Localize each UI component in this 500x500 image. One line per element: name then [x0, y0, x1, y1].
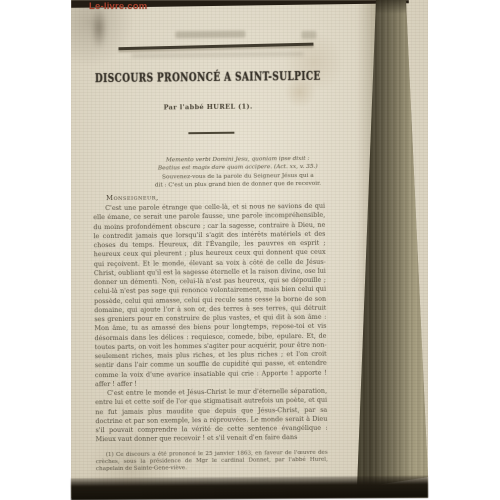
ornament-rule — [188, 132, 234, 134]
page-smudge — [91, 6, 107, 50]
watermark-logo: Le-livre.com — [89, 1, 147, 12]
body-text: C'est une parole étrange que celle-là, e… — [93, 202, 328, 474]
separator-rule — [118, 43, 313, 50]
salutation: Monseigneur, — [106, 194, 159, 203]
ghost-page-number — [301, 31, 316, 39]
ghost-running-header — [175, 31, 245, 39]
product-photo: DISCOURS PRONONCÉ A SAINT-SULPICE Par l'… — [0, 0, 500, 500]
epigraph-latin-line2: Beatius est magis dare quam accipere. (A… — [149, 163, 327, 173]
book-photo: DISCOURS PRONONCÉ A SAINT-SULPICE Par l'… — [71, 0, 428, 498]
epigraph-french-line2: dit : C'est un plus grand bien de donner… — [149, 181, 327, 191]
paragraph-1: C'est une parole étrange que celle-là, e… — [93, 202, 327, 389]
photo-bottom-shadow — [71, 476, 428, 500]
book-page: DISCOURS PRONONCÉ A SAINT-SULPICE Par l'… — [71, 0, 428, 498]
footnote: (1) Ce discours a été prononcé le 25 jan… — [96, 449, 328, 474]
byline: Par l'abbé HUREL (1). — [92, 102, 324, 112]
separator-rule-ghost — [132, 52, 304, 58]
paragraph-2: C'est entre le monde et Jésus-Christ le … — [95, 387, 328, 445]
page-title: DISCOURS PRONONCÉ A SAINT-SULPICE — [92, 71, 324, 87]
epigraph: Memento verbi Domini Jesu, quoniam ipse … — [149, 156, 327, 191]
